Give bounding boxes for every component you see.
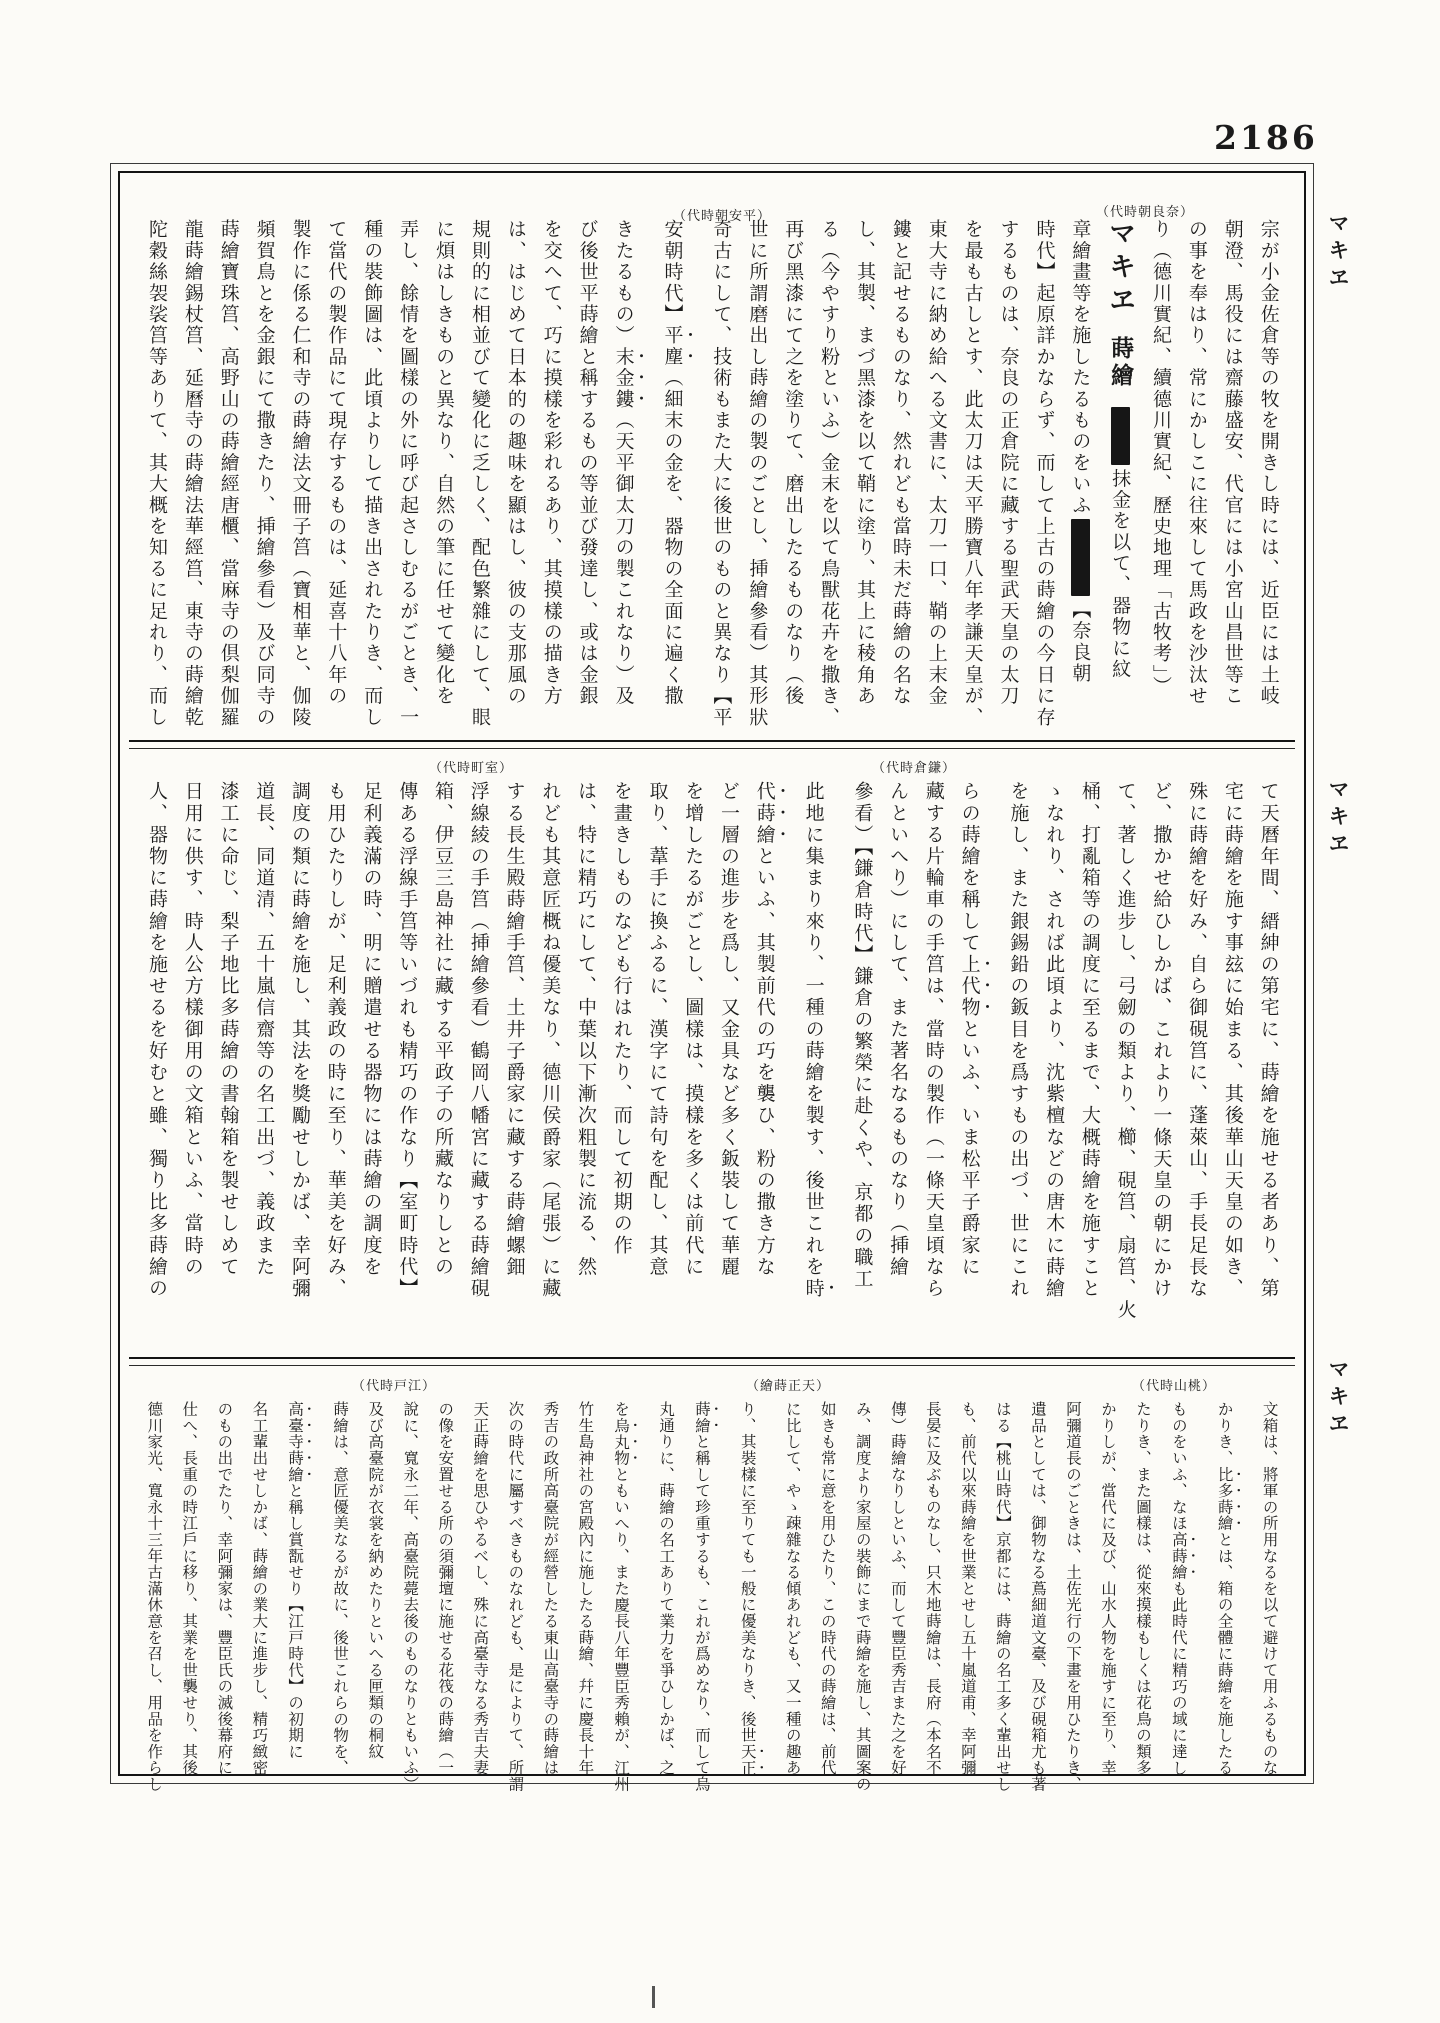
text-column: を畫きしものなども行はれたり、而して初期の作 <box>611 781 631 1256</box>
text-column: 代蒔繪といふ、其製前代の巧を襲ひ、粉の撒き方な <box>754 781 787 1278</box>
text-column: り、其裝樣に至りても一般に優美なりき、後世天正 <box>739 1401 766 1776</box>
text-column: はる【桃山時代】京都には、蒔繪の名工多く輩出せし <box>995 1401 1011 1792</box>
text-column: かりしが、當代に及び、山水人物を施すに至り、幸 <box>1100 1401 1116 1776</box>
text-column: る（今やすり粉といふ）金末を以て鳥獸花卉を撒き、 <box>818 219 838 728</box>
block-separator-2 <box>129 1357 1295 1366</box>
text-column: 參看）【鎌倉時代】鎌倉の繁榮に赴くや、京都の職工 <box>851 781 871 1290</box>
text-column: び後世平蒔繪と稱するもの等並び發達し、或は金銀 <box>577 219 597 707</box>
text-column: 傳）蒔繪なりしといふ、而して豐臣秀吉また之を好 <box>890 1401 906 1776</box>
text-column: て、著しく進步し、弓劒の類より、櫛、硯筥、扇筥、火 <box>1115 781 1135 1321</box>
text-column: し、其製、まづ黑漆を以て鞘に塗り、其上に稜角あ <box>854 219 874 707</box>
spacer <box>1119 318 1121 336</box>
text-column: み、調度より家屋の裝飾にまで蒔繪を施し、其圖案の <box>855 1401 871 1792</box>
seal-stamp-icon <box>1071 519 1090 597</box>
text-column: 再び黑漆にて之を塗りて、磨出したるものなり（後 <box>782 219 802 707</box>
text-column: 蒔繪寶珠筥、高野山の蒔繪經唐櫃、當麻寺の倶梨伽羅 <box>218 219 238 728</box>
era-header: （代時倉鎌） <box>872 757 956 776</box>
content-frame-inner-border: （代時朝良奈）（代時朝安平） 宗が小金佐倉等の牧を開きし時には、近臣には土岐朝澄… <box>118 171 1306 1776</box>
margin-guide-word-1: マキヱ <box>1322 212 1352 293</box>
text-column: て天曆年間、縉紳の第宅に、蒔繪を施せる者あり、第 <box>1258 781 1278 1299</box>
headword-column: マキヱ蒔繪抹金を以て、器物に紋 <box>1106 219 1134 680</box>
text-column: らの蒔繪を稱して上代物といふ、いま松平子爵家に <box>959 781 992 1278</box>
text-column: 漆工に命じ、梨子地比多蒔繪の書翰箱を製せしめて <box>218 781 238 1278</box>
text-column: 鏤と記せるものなり、然れども當時未だ蒔繪の名な <box>890 219 910 707</box>
text-column: 名工輩出せしかば、蒔繪の業大に進步し、精巧緻密 <box>251 1401 267 1776</box>
text-column: のもの出でたり、幸阿彌家は、豐臣氏の滅後幕府に <box>216 1401 232 1776</box>
headword-kana: マキヱ <box>1105 219 1135 318</box>
text-column: 足利義滿の時、明に贈遣せる器物には蒔繪の調度を <box>361 781 381 1278</box>
text-column: 說に、寬永二年、高臺院薨去後のものなりともいふ） <box>402 1401 418 1792</box>
text-column: 規則的に相並びて變化に乏しく、配色繁雜にして、眼 <box>469 219 489 728</box>
text-column: するものは、奈良の正倉院に藏する聖武天皇の太刀 <box>998 219 1018 707</box>
text-column: んといへり）にして、また著名なるものなり（挿繪 <box>887 781 907 1278</box>
text-column: 弄し、餘情を圖樣の外に呼び起さしむるがごとき、一 <box>397 219 417 728</box>
text-column: ものをいふ、なほ高蒔繪も此時代に精巧の域に達し <box>1170 1401 1197 1776</box>
margin-guide-word-2: マキヱ <box>1322 778 1352 859</box>
text-column: も、前代以來蒔繪を世業とせし五十嵐道甫、幸阿彌 <box>960 1401 976 1776</box>
text-column: に煩はしきものと異なり、自然の筆に任せて變化を <box>433 219 453 707</box>
text-column: 竹生島神社の宮殿內に施したる蒔繪、幷に慶長十年 <box>577 1401 593 1776</box>
headword-definition-start: 抹金を以て、器物に紋 <box>1109 468 1131 680</box>
text-column: の事を奉はり、常にかしこに往來して馬政を沙汰せ <box>1186 219 1206 707</box>
text-column: 此地に集まり來り、一種の蒔繪を製す、後世これを時 <box>803 781 836 1299</box>
text-column: する長生殿蒔繪手筥、土井子爵家に藏する蒔繪螺鈿 <box>504 781 524 1278</box>
seal-stamp-icon <box>1111 407 1130 465</box>
text-column: 世に所謂磨出し蒔繪の製のごとし、挿繪參看）其形狀 <box>746 219 766 728</box>
text-column: 宗が小金佐倉等の牧を開きし時には、近臣には土岐 <box>1258 219 1278 707</box>
text-column: 箱、伊豆三島神社に藏する平政子の所藏なりしとの <box>432 781 452 1278</box>
text-column: ど一層の進步を爲し、又金具など多く鈑裝して華麗 <box>718 781 738 1278</box>
text-column: 東大寺に納め給へる文書に、太刀一口、鞘の上末金 <box>926 219 946 707</box>
text-column: 道長、同道清、五十嵐信齋等の名工出づ、義政また <box>253 781 273 1278</box>
text-column: 製作に係る仁和寺の蒔繪法文冊子筥（寶相華と、伽陵 <box>290 219 310 728</box>
text-column: 長晏に及ぶものなし、只木地蒔繪は、長府（本名不 <box>925 1401 941 1776</box>
text-column: 文箱は、將軍の所用なるを以て避けて用ふるものな <box>1261 1401 1277 1776</box>
text-column: て當代の製作品にて現存するものは、延喜十八年の <box>325 219 345 707</box>
text-column: 宅に蒔繪を施す事玆に始まる、其後華山天皇の如き、 <box>1222 781 1242 1299</box>
text-column: 種の裝飾圖は、此頃よりして描き出されたりき、而し <box>361 219 381 728</box>
era-header: （代時山桃） <box>1132 1375 1216 1394</box>
text-column: 阿彌道長のごときは、土佐光行の下畫を用ひたりき、 <box>1065 1401 1081 1792</box>
text-columns-2: て天曆年間、縉紳の第宅に、蒔繪を施せる者あり、第宅に蒔繪を施す事玆に始まる、其後… <box>146 781 1278 1353</box>
scanned-dictionary-page: 2186 マキヱ マキヱ マキヱ （代時朝良奈）（代時朝安平） 宗が小金佐倉等の… <box>0 0 1440 2023</box>
text-column: 傳ある浮線手筥等いづれも精巧の作なり【室町時代】 <box>396 781 416 1299</box>
text-column: 仕へ、長重の時江戶に移り、其業を世襲せり、其後 <box>181 1401 197 1776</box>
text-column: きたるもの）末金鏤（天平御太刀の製これなり）及 <box>613 219 646 707</box>
text-column: 日用に供す、時人公方樣御用の文箱といふ、當時の <box>182 781 202 1278</box>
text-column: に比して、やゝ疎雜なる傾あれども、又一種の趣あ <box>784 1401 800 1776</box>
text-column: 奇古にして、技術もまた大に後世のものと異なり【平 <box>710 219 730 728</box>
headword-kanji: 蒔繪 <box>1107 336 1134 390</box>
text-column: は、はじめて日本的の趣味を顯はし、彼の支那風の <box>505 219 525 707</box>
text-column: 時代】起原詳かならず、而して上古の蒔繪の今日に存 <box>1034 219 1054 728</box>
content-frame: （代時朝良奈）（代時朝安平） 宗が小金佐倉等の牧を開きし時には、近臣には土岐朝澄… <box>110 163 1314 1784</box>
block-separator-1 <box>129 740 1295 749</box>
text-block-nara-heian: （代時朝良奈）（代時朝安平） 宗が小金佐倉等の牧を開きし時には、近臣には土岐朝澄… <box>146 173 1278 740</box>
text-column: の像を安置せる所の須彌壇に施せる花筏の蒔繪（一 <box>437 1401 453 1776</box>
text-column: 取り、葦手に換ふるに、漢字にて詩句を配し、其意 <box>647 781 667 1278</box>
text-column: 藏する片輪車の手筥は、當時の製作（一條天皇頃なら <box>923 781 943 1299</box>
text-column: 蒔繪と稱して珍重するも、これが爲めなり、而して烏 <box>693 1401 720 1792</box>
text-column: かりき、比多蒔繪とは、箱の全體に蒔繪を施したる <box>1216 1401 1243 1776</box>
text-column: 浮線綾の手筥（挿繪參看）鶴岡八幡宮に藏する蒔繪硯 <box>468 781 488 1299</box>
text-column: は、特に精巧にして、中葉以下漸次粗製に流る、然 <box>575 781 595 1278</box>
text-column: を增したるがごとし、圖樣は、摸樣を多くは前代に <box>682 781 702 1278</box>
text-column: 朝澄、馬役には齋藤盛安、代官には小宮山昌世等こ <box>1222 219 1242 707</box>
text-columns-1: 宗が小金佐倉等の牧を開きし時には、近臣には土岐朝澄、馬役には齋藤盛安、代官には小… <box>146 219 1278 733</box>
text-column: 頻賀鳥とを金銀にて撒きたり、挿繪參看）及び同寺の <box>254 219 274 728</box>
spacer <box>1119 390 1121 404</box>
text-column: も用ひたりしが、足利義政の時に至り、華美を好み、 <box>325 781 345 1299</box>
margin-guide-word-3: マキヱ <box>1322 1358 1352 1439</box>
text-column: 桶、打亂箱等の調度に至るまで、大概蒔繪を施すこと <box>1079 781 1099 1299</box>
text-column: 龍蒔繪錫杖筥、延曆寺の蒔繪法華經筥、東寺の蒔繪乾 <box>182 219 202 728</box>
text-column: 及び高臺院が衣裳を納めたりといへる匣類の桐紋 <box>367 1401 383 1760</box>
text-column: を交へて、巧に摸樣を彩れるあり、其摸樣の描き方 <box>541 219 561 707</box>
text-column: ど、撒かせ給ひしかば、これより一條天皇の朝にかけ <box>1150 781 1170 1299</box>
text-column: 蒔繪は、意匠優美なるが故に、後世これらの物を、 <box>332 1401 348 1776</box>
printers-mark <box>652 1986 655 2008</box>
text-column: 天正蒔繪を思ひやるべし、殊に高臺寺なる秀吉夫妻 <box>472 1401 488 1776</box>
text-column: 高臺寺蒔繪と稱し賞翫せり【江戸時代】の初期に <box>286 1401 313 1760</box>
page-number: 2186 <box>1214 118 1318 157</box>
text-column: 調度の類に蒔繪を施し、其法を獎勵せしかば、幸阿彌 <box>289 781 309 1299</box>
text-block-kamakura-muromachi: （代時倉鎌）（代時町室） て天曆年間、縉紳の第宅に、蒔繪を施せる者あり、第宅に蒔… <box>146 781 1278 1357</box>
text-column: り（德川實紀、續德川實紀、歷史地理「古牧考」） <box>1150 219 1170 697</box>
era-header: （代時朝良奈） <box>1096 201 1194 220</box>
text-column: 人、器物に蒔繪を施せるを好むと雖、獨り比多蒔繪の <box>146 781 166 1299</box>
text-column: 遺品としては、御物なる蔦細道文臺、及び硯箱尤も著 <box>1030 1401 1046 1792</box>
text-columns-3: 文箱は、將軍の所用なるを以て避けて用ふるものなかりき、比多蒔繪とは、箱の全體に蒔… <box>146 1401 1278 1781</box>
text-column: 章繪畫等を施したるものをいふ【奈良朝 <box>1069 219 1089 684</box>
text-column: れども其意匠概ね優美なり、德川侯爵家（尾張）に藏 <box>539 781 559 1299</box>
text-column: 如きも常に意を用ひたり、この時代の蒔繪は、前代 <box>820 1401 836 1776</box>
era-header: （代時戸江） <box>352 1375 436 1394</box>
text-column: 安朝時代】平塵（細末の金を、器物の全面に遍く撒 <box>662 219 695 707</box>
text-column: 次の時代に屬すべきものなれども、是によりて、所謂 <box>507 1401 523 1792</box>
text-column: 丸通りに、蒔繪の名工ありて業力を爭ひしかば、之 <box>658 1401 674 1776</box>
text-column: を最も古しとす、此太刀は天平勝寶八年孝謙天皇が、 <box>962 219 982 728</box>
era-header: （繪蒔正天） <box>746 1375 830 1394</box>
text-block-momoyama-edo: （代時山桃）（繪蒔正天）（代時戸江） 文箱は、將軍の所用なるを以て避けて用ふるも… <box>146 1401 1278 1785</box>
text-column: ゝなれり、されば此頃より、沈紫檀などの唐木に蒔繪 <box>1043 781 1063 1299</box>
text-column: を烏丸物ともいへり、また慶長八年豐臣秀賴が、江州 <box>612 1401 639 1792</box>
text-column: 陀穀絲袈裟筥等ありて、其大概を知るに足れり、而し <box>146 219 166 728</box>
text-column: 殊に蒔繪を好み、自ら御硯筥に、蓬萊山、手長足長な <box>1186 781 1206 1299</box>
era-header: （代時町室） <box>429 757 513 776</box>
text-column: たりき、また圖樣は、從來摸樣もしくは花鳥の類多 <box>1135 1401 1151 1776</box>
text-column: 德川家光、寬永十三年古滿休意を召し、用品を作らし <box>146 1401 162 1792</box>
text-column: を施し、また銀錫鉛の鈑目を爲すもの出づ、世にこれ <box>1007 781 1027 1299</box>
text-column: 秀吉の政所高臺院が經營したる東山高臺寺の蒔繪は <box>542 1401 558 1776</box>
